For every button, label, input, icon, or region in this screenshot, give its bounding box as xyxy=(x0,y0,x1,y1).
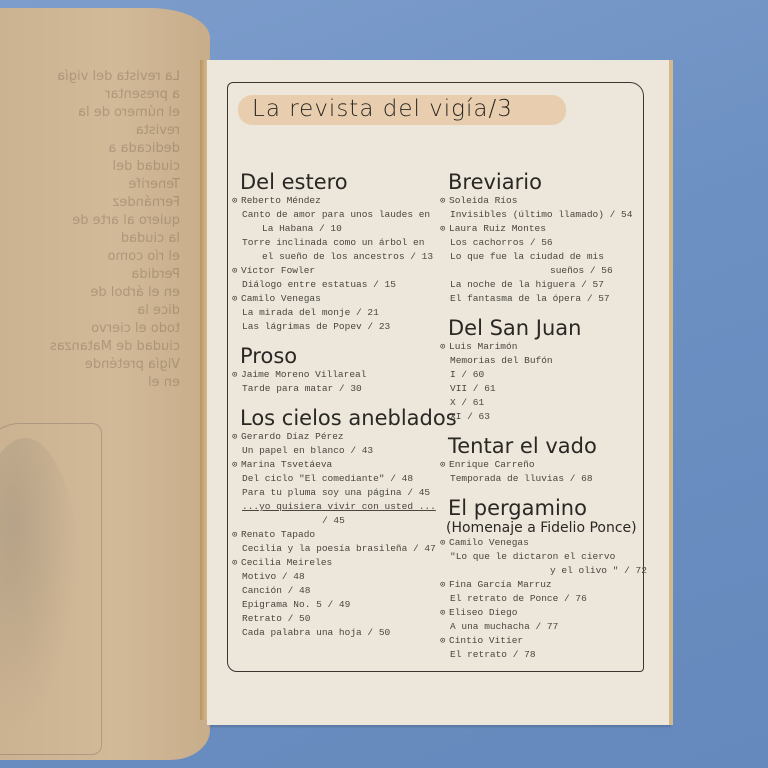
work-title-page: XI / 63 xyxy=(440,410,640,424)
author-name: Fina García Marruz xyxy=(449,579,552,590)
work-title-page: Lo que fue la ciudad de mis xyxy=(440,250,640,264)
author-name: Marina Tsvetáeva xyxy=(241,459,332,470)
work-title-page: Motivo / 48 xyxy=(232,570,442,584)
author-entry: ⊙Cintio Vitier xyxy=(440,634,640,648)
work-title-page: Del ciclo "El comediante" / 48 xyxy=(232,472,442,486)
section-heading: El pergamino xyxy=(448,496,640,520)
work-title-page: el sueño de los ancestros / 13 xyxy=(232,250,442,264)
author-name: Enrique Carreño xyxy=(449,459,535,470)
author-name: Luis Marimón xyxy=(449,341,517,352)
circle-dot-bullet-icon: ⊙ xyxy=(232,430,241,444)
show-through-line: dedicada a xyxy=(10,140,180,158)
author-name: Cintio Vitier xyxy=(449,635,523,646)
show-through-line: en el xyxy=(10,374,180,392)
work-title-page: Las lágrimas de Popev / 23 xyxy=(232,320,442,334)
show-through-line: revista xyxy=(10,122,180,140)
table-of-contents-page: La revista del vigía/3 Del estero⊙Rebert… xyxy=(207,60,669,725)
author-entry: ⊙Jaime Moreno Villareal xyxy=(232,368,442,382)
author-entry: ⊙Camilo Venegas xyxy=(232,292,442,306)
work-title-page: La noche de la higuera / 57 xyxy=(440,278,640,292)
toc-right-column: Breviario⊙Soleida RíosInvisibles (último… xyxy=(440,170,640,662)
show-through-line: Fernández xyxy=(10,194,180,212)
author-name: Cecilia Meireles xyxy=(241,557,332,568)
author-entry: ⊙Marina Tsvetáeva xyxy=(232,458,442,472)
work-title-page: Epigrama No. 5 / 49 xyxy=(232,598,442,612)
show-through-line: Tenerife xyxy=(10,176,180,194)
section-heading: Del San Juan xyxy=(448,316,640,340)
circle-dot-bullet-icon: ⊙ xyxy=(232,194,241,208)
show-through-line: el número de la xyxy=(10,104,180,122)
circle-dot-bullet-icon: ⊙ xyxy=(440,634,449,648)
circle-dot-bullet-icon: ⊙ xyxy=(440,222,449,236)
section-heading: Del estero xyxy=(240,170,442,194)
work-title-page: "Lo que le dictaron el ciervo xyxy=(440,550,640,564)
work-title-page: Canción / 48 xyxy=(232,584,442,598)
work-title-page: Un papel en blanco / 43 xyxy=(232,444,442,458)
work-title-page: El fantasma de la ópera / 57 xyxy=(440,292,640,306)
work-title-page: Torre inclinada como un árbol en xyxy=(232,236,442,250)
author-entry: ⊙Renato Tapado xyxy=(232,528,442,542)
work-title-page: Tarde para matar / 30 xyxy=(232,382,442,396)
work-title-page: Retrato / 50 xyxy=(232,612,442,626)
show-through-line: Perdida xyxy=(10,266,180,284)
toc-left-column: Del estero⊙Reberto MéndezCanto de amor p… xyxy=(232,170,442,640)
work-title-page: Canto de amor para unos laudes en xyxy=(232,208,442,222)
work-title-page: El retrato de Ponce / 76 xyxy=(440,592,640,606)
circle-dot-bullet-icon: ⊙ xyxy=(440,458,449,472)
author-name: Camilo Venegas xyxy=(241,293,321,304)
circle-dot-bullet-icon: ⊙ xyxy=(440,606,449,620)
work-title-page: La mirada del monje / 21 xyxy=(232,306,442,320)
circle-dot-bullet-icon: ⊙ xyxy=(232,292,241,306)
work-title-page: Memorias del Bufón xyxy=(440,354,640,368)
section-heading: Los cielos aneblados xyxy=(240,406,442,430)
circle-dot-bullet-icon: ⊙ xyxy=(232,458,241,472)
author-name: Jaime Moreno Villareal xyxy=(241,369,366,380)
circle-dot-bullet-icon: ⊙ xyxy=(232,368,241,382)
show-through-line: ciudad del xyxy=(10,158,180,176)
work-title-page: X / 61 xyxy=(440,396,640,410)
show-through-line: Vigía preténde xyxy=(10,356,180,374)
work-title-page: ...yo quisiera vivir con usted ... xyxy=(232,500,442,514)
section-subheading: (Homenaje a Fidelio Ponce) xyxy=(446,520,640,536)
circle-dot-bullet-icon: ⊙ xyxy=(232,528,241,542)
circle-dot-bullet-icon: ⊙ xyxy=(440,578,449,592)
work-title-page: Para tu pluma soy una página / 45 xyxy=(232,486,442,500)
author-name: Eliseo Diego xyxy=(449,607,517,618)
author-name: Laura Ruiz Montes xyxy=(449,223,546,234)
author-name: Gerardo Díaz Pérez xyxy=(241,431,344,442)
author-entry: ⊙Cecilia Meireles xyxy=(232,556,442,570)
circle-dot-bullet-icon: ⊙ xyxy=(440,536,449,550)
author-entry: ⊙Laura Ruiz Montes xyxy=(440,222,640,236)
work-title-page: Cada palabra una hoja / 50 xyxy=(232,626,442,640)
author-name: Víctor Fowler xyxy=(241,265,315,276)
work-title-page: Invisibles (último llamado) / 54 xyxy=(440,208,640,222)
circle-dot-bullet-icon: ⊙ xyxy=(232,556,241,570)
work-title-page: I / 60 xyxy=(440,368,640,382)
author-name: Soleida Ríos xyxy=(449,195,517,206)
work-title-page: Cecilia y la poesía brasileña / 47 xyxy=(232,542,442,556)
work-title-page: El retrato / 78 xyxy=(440,648,640,662)
work-title-page: La Habana / 10 xyxy=(232,222,442,236)
show-through-line: quiero al arte de xyxy=(10,212,180,230)
show-through-line: La revista del vigía xyxy=(10,68,180,86)
circle-dot-bullet-icon: ⊙ xyxy=(440,340,449,354)
left-page: La revista del vigíaa presentarel número… xyxy=(0,8,210,760)
show-through-text: La revista del vigíaa presentarel número… xyxy=(10,68,180,392)
show-through-line: en el árbol de xyxy=(10,284,180,302)
section-heading: Tentar el vado xyxy=(448,434,640,458)
author-entry: ⊙Luis Marimón xyxy=(440,340,640,354)
author-entry: ⊙Reberto Méndez xyxy=(232,194,442,208)
author-entry: ⊙Camilo Venegas xyxy=(440,536,640,550)
author-entry: ⊙Víctor Fowler xyxy=(232,264,442,278)
show-through-line: ciudad de Matanzas xyxy=(10,338,180,356)
author-entry: ⊙Fina García Marruz xyxy=(440,578,640,592)
work-title-page: / 45 xyxy=(232,514,442,528)
author-entry: ⊙Soleida Ríos xyxy=(440,194,640,208)
show-through-line: a presentar xyxy=(10,86,180,104)
work-title-page: VII / 61 xyxy=(440,382,640,396)
author-entry: ⊙Eliseo Diego xyxy=(440,606,640,620)
work-title-page: Diálogo entre estatuas / 15 xyxy=(232,278,442,292)
show-through-line: todo el ciervo xyxy=(10,320,180,338)
work-title-page: Los cachorros / 56 xyxy=(440,236,640,250)
author-name: Reberto Méndez xyxy=(241,195,321,206)
section-heading: Breviario xyxy=(448,170,640,194)
author-name: Camilo Venegas xyxy=(449,537,529,548)
show-through-line: la ciudad xyxy=(10,230,180,248)
work-title-page: sueños / 56 xyxy=(440,264,640,278)
magazine-title: La revista del vigía/3 xyxy=(252,96,513,122)
work-title-page: y el olivo " / 72 xyxy=(440,564,640,578)
section-heading: Proso xyxy=(240,344,442,368)
work-title-page: Temporada de lluvias / 68 xyxy=(440,472,640,486)
work-title-page: A una muchacha / 77 xyxy=(440,620,640,634)
circle-dot-bullet-icon: ⊙ xyxy=(440,194,449,208)
show-through-line: el río como xyxy=(10,248,180,266)
show-through-line: dice la xyxy=(10,302,180,320)
circle-dot-bullet-icon: ⊙ xyxy=(232,264,241,278)
author-name: Renato Tapado xyxy=(241,529,315,540)
author-entry: ⊙Enrique Carreño xyxy=(440,458,640,472)
author-entry: ⊙Gerardo Díaz Pérez xyxy=(232,430,442,444)
